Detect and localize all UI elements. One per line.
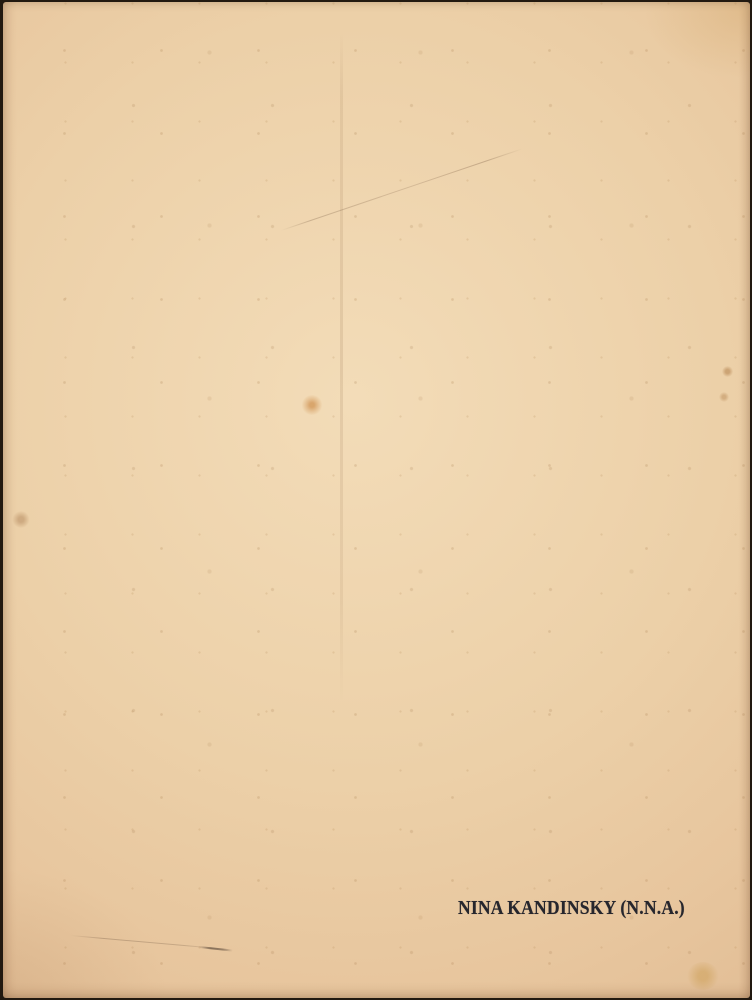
stain-spot-right-2 (719, 392, 729, 402)
paper-foxing-speckles (3, 2, 750, 998)
stain-spot-left-edge (12, 511, 30, 528)
stain-spot-right-1 (722, 366, 733, 377)
collector-stamp-text: NINA KANDINSKY (N.N.A.) (458, 898, 685, 918)
paper-sheet: NINA KANDINSKY (N.N.A.) (3, 2, 750, 998)
scanned-page-scan: NINA KANDINSKY (N.N.A.) (0, 0, 752, 1000)
vertical-crease-line (340, 30, 343, 702)
stain-spot-bottom-right (687, 962, 719, 990)
stain-spot-center (301, 395, 323, 415)
